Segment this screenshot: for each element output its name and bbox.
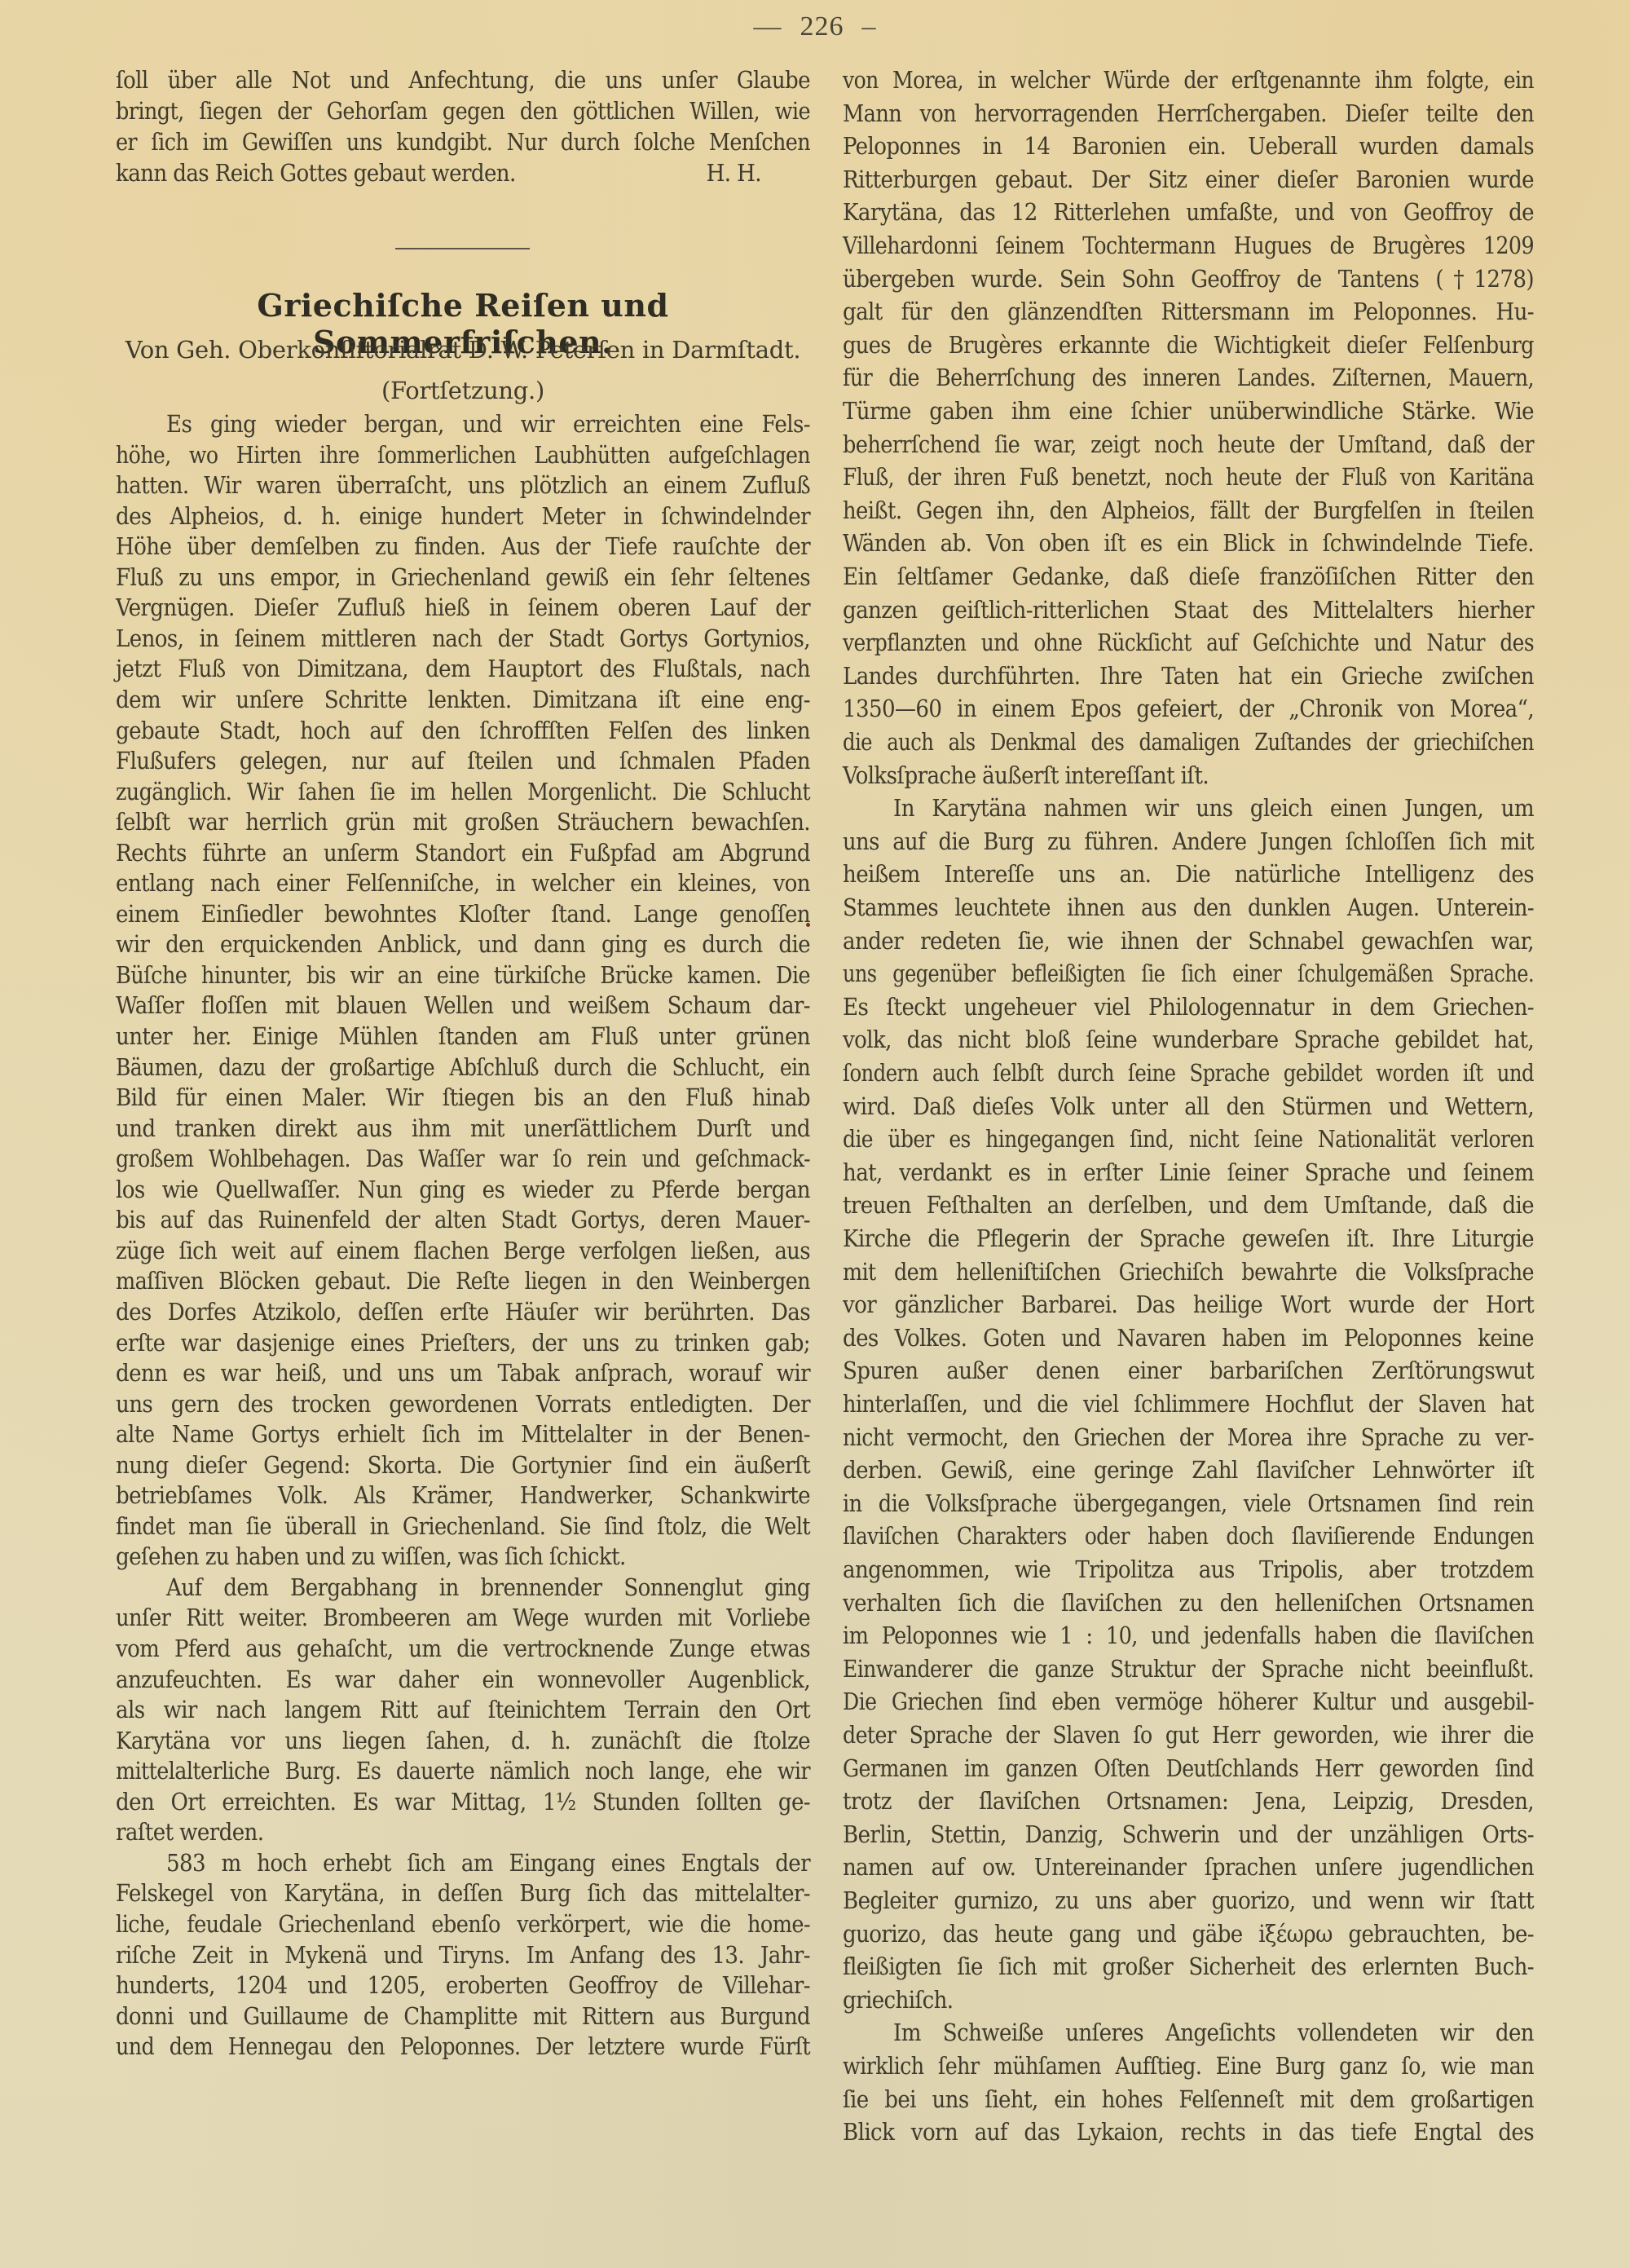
text-line: jetzt Fluß von Dimitzana, dem Hauptort d… <box>116 654 810 684</box>
text-line: Einwanderer die ganze Struktur der Sprac… <box>843 1654 1534 1684</box>
page-number: 226 <box>800 11 844 42</box>
text-line: übergeben wurde. Sein Sohn Geoffroy de T… <box>843 264 1534 294</box>
text-line: von Morea, in welcher Würde der erſtgena… <box>843 65 1534 95</box>
text-line: Blick vorn auf das Lykaion, rechts in da… <box>843 2117 1534 2147</box>
text-line: Flußufers gelegen, nur auf ſteilen und ſ… <box>116 746 810 776</box>
text-line: wird. Daß dieſes Volk unter all den Stür… <box>843 1092 1534 1122</box>
text-line: im Peloponnes wie 1 : 10, und jedenfalls… <box>843 1621 1534 1651</box>
text-line: hatten. Wir waren überraſcht, uns plötzl… <box>116 470 810 501</box>
text-line: uns gegenüber befleißigten ſie ſich eine… <box>843 959 1534 989</box>
text-line: wirklich ſehr mühſamen Aufſtieg. Eine Bu… <box>843 2051 1534 2081</box>
text-line: maſſiven Blöcken gebaut. Die Reſte liege… <box>116 1266 810 1296</box>
text-line: ganzen geiſtlich-ritterlichen Staat des … <box>843 595 1534 625</box>
text-line: alte Name Gortys erhielt ſich im Mittela… <box>116 1419 810 1449</box>
text-line: Es ging wieder bergan, und wir erreichte… <box>116 409 810 439</box>
text-line: nicht vermocht, den Griechen der Morea i… <box>843 1423 1534 1453</box>
text-line: die über es hingegangen ſind, nicht ſein… <box>843 1124 1534 1154</box>
text-line: namen auf ow. Untereinander ſprachen unſ… <box>843 1852 1534 1882</box>
text-line: die auch als Denkmal des damaligen Zuſta… <box>843 727 1534 757</box>
text-line: gebaute Stadt, hoch auf den ſchroffſten … <box>116 716 810 746</box>
text-line: hinterlaſſen, und die viel ſchlimmere Ho… <box>843 1389 1534 1419</box>
text-line: Bild für einen Maler. Wir ſtiegen bis an… <box>116 1083 810 1113</box>
text-line: deter Sprache der Slaven ſo gut Herr gew… <box>843 1720 1534 1750</box>
text-line: gues de Brugères erkannte die Wichtigkei… <box>843 330 1534 360</box>
text-line: angenommen, wie Tripolitza aus Tripolis,… <box>843 1555 1534 1585</box>
text-line: denn es war heiß, und uns um Tabak anſpr… <box>116 1358 810 1388</box>
text-line: vom Pferd aus gehaſcht, um die vertrockn… <box>116 1634 810 1664</box>
text-line: hunderts, 1204 und 1205, eroberten Geoff… <box>116 1970 810 2001</box>
text-line: unſer Ritt weiter. Brombeeren am Wege wu… <box>116 1603 810 1633</box>
text-line: Im Schweiße unſeres Angeſichts vollendet… <box>843 2018 1534 2048</box>
text-line: höhe, wo Hirten ihre ſommerlichen Laubhü… <box>116 440 810 470</box>
text-line: Stammes leuchtete ihnen aus den dunklen … <box>843 893 1534 923</box>
text-line: ander redeten ſie, wie ihnen der Schnabe… <box>843 926 1534 956</box>
text-line: mittelalterliche Burg. Es dauerte nämlic… <box>116 1756 810 1786</box>
text-line: betriebſames Volk. Als Krämer, Handwerke… <box>116 1480 810 1511</box>
text-line: Wänden ab. Von oben iſt es ein Blick in … <box>843 528 1534 558</box>
text-line: und tranken direkt aus ihm mit unerſättl… <box>116 1114 810 1144</box>
text-line: mit dem helleniſtiſchen Griechiſch bewah… <box>843 1257 1534 1287</box>
text-line: Fluß, der ihren Fuß benetzt, noch heute … <box>843 462 1534 492</box>
text-line: unter her. Einige Mühlen ſtanden am Fluß… <box>116 1021 810 1052</box>
text-line: entlang nach einer Felſenniſche, in welc… <box>116 868 810 898</box>
text-line: des Alpheios, d. h. einige hundert Meter… <box>116 501 810 532</box>
text-line: In Karytäna nahmen wir uns gleich einen … <box>843 793 1534 823</box>
text-line: geſehen zu haben und zu wiſſen, was ſich… <box>116 1542 810 1572</box>
article-continuation-note: (Fortſetzung.) <box>116 377 810 404</box>
text-line: 1350—60 in einem Epos gefeiert, der „Chr… <box>843 694 1534 724</box>
text-line: liche, feudale Griechenland ebenſo verkö… <box>116 1909 810 1939</box>
text-line: Spuren außer denen einer barbariſchen Ze… <box>843 1356 1534 1386</box>
text-line: hat, verdankt es in erſter Linie ſeiner … <box>843 1158 1534 1188</box>
text-line: Germanen im ganzen Oſten Deutſchlands He… <box>843 1754 1534 1784</box>
text-line: guorizo, das heute gang und gäbe iξέωρω … <box>843 1919 1534 1949</box>
text-line: einem Einſiedler bewohntes Kloſter ſtand… <box>116 899 810 929</box>
text-line: Karytäna vor uns liegen ſahen, d. h. zun… <box>116 1726 810 1756</box>
text-line: los wie Quellwaſſer. Nun ging es wieder … <box>116 1175 810 1205</box>
text-line: in die Volksſprache übergegangen, viele … <box>843 1489 1534 1519</box>
text-line: Karytäna, das 12 Ritterlehen umfaßte, un… <box>843 197 1534 227</box>
text-line: erſte war dasjenige eines Prieſters, der… <box>116 1328 810 1358</box>
text-line: züge ſich weit auf einem flachen Berge v… <box>116 1236 810 1266</box>
text-line: ſlaviſchen Charakters oder haben doch ſl… <box>843 1521 1534 1551</box>
text-line: ſelbſt war herrlich grün mit großen Strä… <box>116 807 810 837</box>
text-line: dem wir unſere Schritte lenkten. Dimitza… <box>116 685 810 715</box>
text-line: Auf dem Bergabhang in brennender Sonneng… <box>116 1573 810 1603</box>
text-line: wir den erquickenden Anblick, und dann g… <box>116 929 810 960</box>
text-line: galt für den glänzendſten Rittersmann im… <box>843 297 1534 327</box>
text-line: Büſche hinunter, bis wir an eine türkiſc… <box>116 960 810 991</box>
text-line: für die Beherrſchung des inneren Landes.… <box>843 363 1534 393</box>
text-line: Mann von hervorragenden Herrſchergaben. … <box>843 99 1534 129</box>
text-line: fleißigten ſie ſich mit großer Sicherhei… <box>843 1952 1534 1982</box>
text-line: Fluß zu uns empor, in Griechenland gewiß… <box>116 563 810 593</box>
text-line: Waſſer floſſen mit blauen Wellen und wei… <box>116 991 810 1021</box>
page-number-dash-left: — <box>754 11 782 42</box>
text-line: raſtet werden. <box>116 1817 810 1847</box>
text-line: beherrſchend ſie war, zeigt noch heute d… <box>843 430 1534 460</box>
text-line: anzufeuchten. Es war daher ein wonnevoll… <box>116 1665 810 1695</box>
text-line: Villehardonni ſeinem Tochtermann Hugues … <box>843 231 1534 261</box>
page-number-dash-right: – <box>862 11 877 42</box>
text-line: bringt, ſiegen der Gehorſam gegen den gö… <box>116 96 810 126</box>
section-divider-rule <box>395 248 530 249</box>
text-line: Peloponnes in 14 Baronien ein. Ueberall … <box>843 131 1534 161</box>
text-line: des Volkes. Goten und Navaren haben im P… <box>843 1323 1534 1353</box>
text-line: großem Wohlbehagen. Das Waſſer war ſo re… <box>116 1144 810 1174</box>
text-line: ſie bei uns ſieht, ein hohes Felſenneſt … <box>843 2085 1534 2115</box>
page-number-header: —226– <box>0 11 1630 42</box>
text-line: riſche Zeit in Mykenä und Tiryns. Im Anf… <box>116 1940 810 1970</box>
text-line: 583 m hoch erhebt ſich am Eingang eines … <box>116 1848 810 1878</box>
text-line: Die Griechen ſind eben vermöge höherer K… <box>843 1687 1534 1717</box>
text-line: griechiſch. <box>843 1985 1534 2015</box>
text-line: findet man ſie überall in Griechenland. … <box>116 1511 810 1542</box>
text-line: Vergnügen. Dieſer Zufluß hieß in ſeinem … <box>116 593 810 623</box>
paper-speck <box>806 923 810 927</box>
text-line: Ein ſeltſamer Gedanke, daß dieſe franzöſ… <box>843 562 1534 592</box>
text-line: vor gänzlicher Barbarei. Das heilige Wor… <box>843 1290 1534 1320</box>
intro-signature: H. H. <box>707 158 761 188</box>
text-line: Bäumen, dazu der großartige Abſchluß dur… <box>116 1052 810 1083</box>
text-line: verhalten ſich die ſlaviſchen zu den hel… <box>843 1588 1534 1618</box>
text-line: und dem Hennegau den Peloponnes. Der let… <box>116 2032 810 2062</box>
article-byline: Von Geh. Oberkonſiſtorialrat D. W. Peter… <box>116 336 810 364</box>
text-line: zugänglich. Wir ſahen ſie im hellen Morg… <box>116 777 810 807</box>
text-line: ſondern auch ſelbſt durch ſeine Sprache … <box>843 1058 1534 1088</box>
text-line: den Ort erreichten. Es war Mittag, 1½ St… <box>116 1787 810 1817</box>
text-line: heißt. Gegen ihn, den Alpheios, fällt de… <box>843 496 1534 526</box>
text-line: uns gern des trocken gewordenen Vorrats … <box>116 1389 810 1419</box>
text-line: uns auf die Burg zu führen. Andere Junge… <box>843 827 1534 857</box>
text-line: Es ſteckt ungeheuer viel Philologennatur… <box>843 992 1534 1022</box>
text-line: bis auf das Ruinenfeld der alten Stadt G… <box>116 1205 810 1235</box>
text-line: trotz der ſlaviſchen Ortsnamen: Jena, Le… <box>843 1786 1534 1816</box>
text-line: des Dorfes Atzikolo, deſſen erſte Häuſer… <box>116 1297 810 1327</box>
text-line: Türme gaben ihm eine ſchier unüberwindli… <box>843 396 1534 426</box>
text-line: treuen Feſthalten an derſelben, und dem … <box>843 1190 1534 1220</box>
text-line: Begleiter gurnizo, zu uns aber guorizo, … <box>843 1886 1534 1916</box>
text-line: Kirche die Pflegerin der Sprache geweſen… <box>843 1224 1534 1254</box>
text-line: derben. Gewiß, eine geringe Zahl ſlaviſc… <box>843 1455 1534 1485</box>
text-line: Rechts führte an unſerm Standort ein Fuß… <box>116 838 810 868</box>
text-line: Lenos, in ſeinem mittleren nach der Stad… <box>116 624 810 654</box>
text-line: Felskegel von Karytäna, in deſſen Burg ſ… <box>116 1878 810 1908</box>
text-line: Berlin, Stettin, Danzig, Schwerin und de… <box>843 1820 1534 1850</box>
text-line: er ſich im Gewiſſen uns kundgibt. Nur du… <box>116 127 810 157</box>
text-line: als wir nach langem Ritt auf ſteinichtem… <box>116 1695 810 1725</box>
text-line: verpflanzten und ohne Rückſicht auf Geſc… <box>843 628 1534 658</box>
text-line: volk, das nicht bloß ſeine wunderbare Sp… <box>843 1025 1534 1055</box>
text-line: Landes durchführten. Ihre Taten hat ein … <box>843 661 1534 691</box>
text-line: ſoll über alle Not und Anfechtung, die u… <box>116 65 810 95</box>
text-line: donni und Guillaume de Champlitte mit Ri… <box>116 2001 810 2032</box>
text-line: nung dieſer Gegend: Skorta. Die Gortynie… <box>116 1450 810 1480</box>
text-line: Höhe über demſelben zu finden. Aus der T… <box>116 532 810 562</box>
text-line: Ritterburgen gebaut. Der Sitz einer dieſ… <box>843 165 1534 195</box>
text-line: Volksſprache äußerſt intereſſant iſt. <box>843 761 1534 791</box>
text-line: heißem Intereſſe uns an. Die natürliche … <box>843 859 1534 889</box>
